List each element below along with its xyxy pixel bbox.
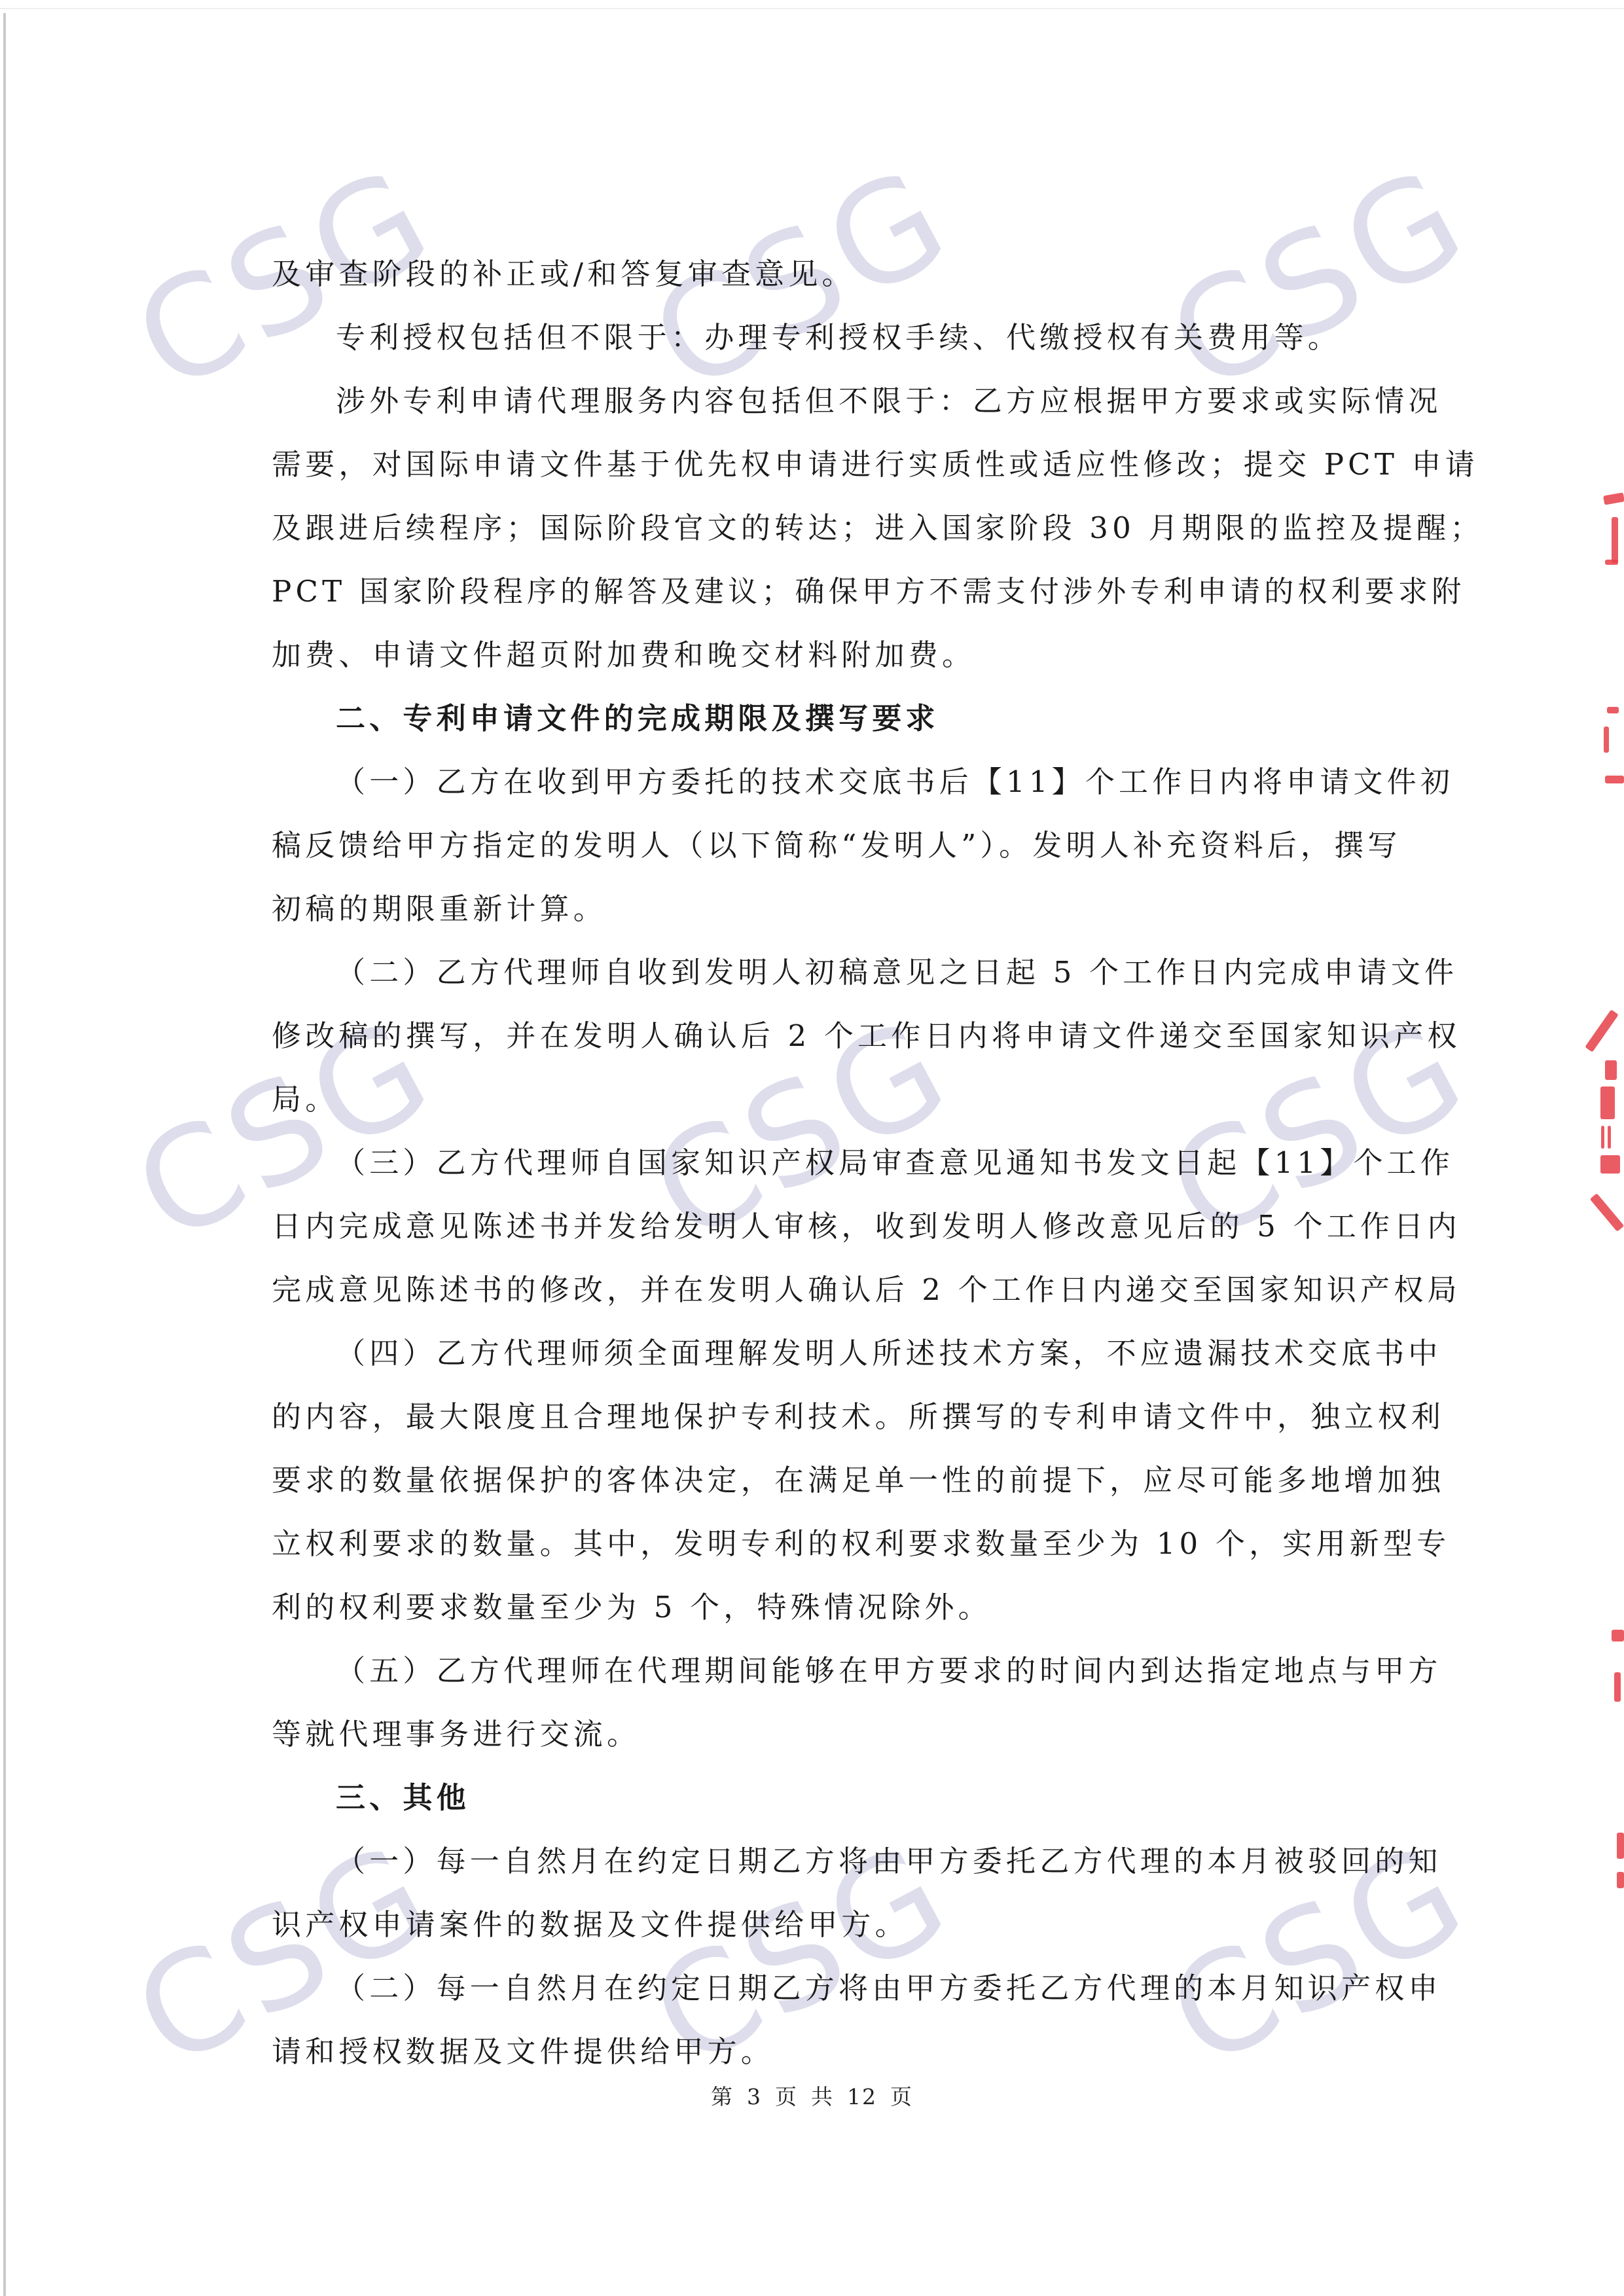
- clause-2-3: （三）乙方代理师自国家知识产权局审查意见通知书发文日起【11】个工作 日内完成意…: [272, 1131, 1355, 1321]
- contract-body: 及审查阶段的补正或/和答复审查意见。 专利授权包括但不限于：办理专利授权手续、代…: [272, 242, 1355, 2083]
- scan-left-edge: [3, 13, 6, 2296]
- clause-3-1: （一）每一自然月在约定日期乙方将由甲方委托乙方代理的本月被驳回的知 识产权申请案…: [272, 1829, 1355, 1956]
- paragraph-examination-continuation: 及审查阶段的补正或/和答复审查意见。: [272, 242, 1355, 306]
- section-heading-deadlines-and-drafting: 二、专利申请文件的完成期限及撰写要求: [272, 687, 1355, 750]
- clause-2-5: （五）乙方代理师在代理期间能够在甲方要求的时间内到达指定地点与甲方 等就代理事务…: [272, 1639, 1355, 1766]
- page-number-footer: 第3页共12页: [0, 2080, 1624, 2111]
- paragraph-patent-grant: 专利授权包括但不限于：办理专利授权手续、代缴授权有关费用等。: [272, 306, 1355, 369]
- scan-top-edge: [0, 8, 1624, 9]
- clause-2-1: （一）乙方在收到甲方委托的技术交底书后【11】个工作日内将申请文件初 稿反馈给甲…: [272, 750, 1355, 941]
- current-page-number: 3: [747, 2084, 762, 2109]
- clause-3-2: （二）每一自然月在约定日期乙方将由甲方委托乙方代理的本月知识产权申 请和授权数据…: [272, 1956, 1355, 2083]
- paragraph-foreign-patent-service: 涉外专利申请代理服务内容包括但不限于：乙方应根据甲方要求或实际情况 需要，对国际…: [272, 369, 1355, 687]
- section-heading-other: 三、其他: [272, 1766, 1355, 1829]
- total-pages-number: 12: [847, 2084, 877, 2109]
- document-page: CSG CSG CSG CSG CSG CSG CSG CSG CSG 及审查阶…: [0, 0, 1624, 2296]
- clause-2-2: （二）乙方代理师自收到发明人初稿意见之日起 5 个工作日内完成申请文件 修改稿的…: [272, 941, 1355, 1131]
- clause-2-4: （四）乙方代理师须全面理解发明人所述技术方案，不应遗漏技术交底书中 的内容，最大…: [272, 1321, 1355, 1639]
